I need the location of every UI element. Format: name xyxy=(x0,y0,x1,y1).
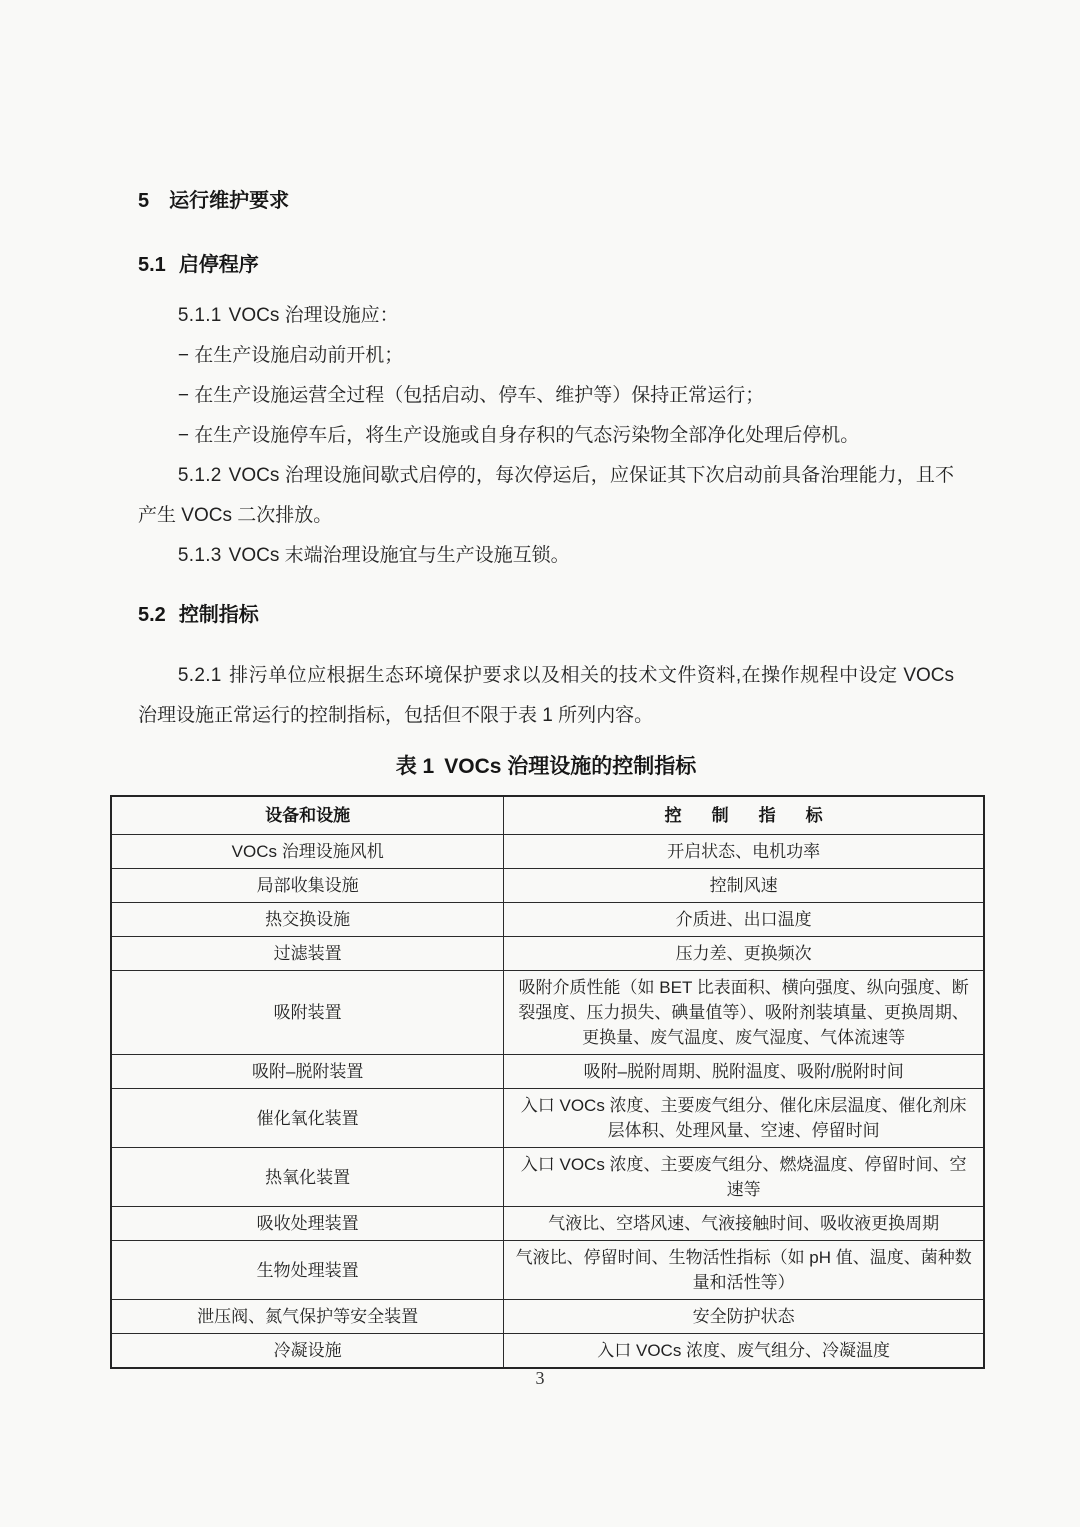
clause-number: 5.1.2 xyxy=(178,465,222,486)
section-number: 5.1 xyxy=(138,254,166,276)
indicator-cell: 入口 VOCs 浓度、主要废气组分、燃烧温度、停留时间、空速等 xyxy=(504,1148,984,1207)
indicator-cell: 开启状态、电机功率 xyxy=(504,835,984,869)
indicator-cell: 介质进、出口温度 xyxy=(504,903,984,937)
table-row: 冷凝设施 入口 VOCs 浓度、废气组分、冷凝温度 xyxy=(111,1334,984,1369)
clause-5-2-1: 5.2.1排污单位应根据生态环境保护要求以及相关的技术文件资料,在操作规程中设定… xyxy=(138,656,954,736)
indicator-cell: 吸附–脱附周期、脱附温度、吸附/脱附时间 xyxy=(504,1055,984,1089)
table-row: 生物处理装置 气液比、停留时间、生物活性指标（如 pH 值、温度、菌种数量和活性… xyxy=(111,1241,984,1300)
list-item: − 在生产设施启动前开机； xyxy=(138,336,954,376)
equipment-cell: 吸附装置 xyxy=(111,971,504,1055)
table-caption-title: VOCs 治理设施的控制指标 xyxy=(444,755,696,778)
equipment-cell: 冷凝设施 xyxy=(111,1334,504,1369)
section-title: 控制指标 xyxy=(179,604,259,626)
table-1-caption: 表 1VOCs 治理设施的控制指标 xyxy=(138,752,954,782)
section-5-2-heading: 5.2控制指标 xyxy=(138,602,954,628)
equipment-cell: 热交换设施 xyxy=(111,903,504,937)
equipment-cell: 热氧化装置 xyxy=(111,1148,504,1207)
table-row: 催化氧化装置 入口 VOCs 浓度、主要废气组分、催化床层温度、催化剂床层体积、… xyxy=(111,1089,984,1148)
indicator-cell: 入口 VOCs 浓度、主要废气组分、催化床层温度、催化剂床层体积、处理风量、空速… xyxy=(504,1089,984,1148)
equipment-cell: 生物处理装置 xyxy=(111,1241,504,1300)
table-header-row: 设备和设施 控制指标 xyxy=(111,796,984,835)
equipment-cell: VOCs 治理设施风机 xyxy=(111,835,504,869)
clause-number: 5.1.3 xyxy=(178,545,222,566)
document-page: 5运行维护要求 5.1启停程序 5.1.1VOCs 治理设施应： − 在生产设施… xyxy=(0,0,1080,1527)
equipment-cell: 局部收集设施 xyxy=(111,869,504,903)
clause-text: VOCs 末端治理设施宜与生产设施互锁。 xyxy=(229,545,570,566)
section-number: 5 xyxy=(138,190,149,212)
table-row: 热交换设施 介质进、出口温度 xyxy=(111,903,984,937)
section-title: 启停程序 xyxy=(179,254,259,276)
indicator-cell: 气液比、空塔风速、气液接触时间、吸收液更换周期 xyxy=(504,1207,984,1241)
clause-5-1-2: 5.1.2VOCs 治理设施间歇式启停的，每次停运后，应保证其下次启动前具备治理… xyxy=(138,456,954,536)
document-content: 5运行维护要求 5.1启停程序 5.1.1VOCs 治理设施应： − 在生产设施… xyxy=(0,0,1080,1369)
indicator-cell: 控制风速 xyxy=(504,869,984,903)
indicator-cell: 气液比、停留时间、生物活性指标（如 pH 值、温度、菌种数量和活性等） xyxy=(504,1241,984,1300)
table-row: 泄压阀、氮气保护等安全装置 安全防护状态 xyxy=(111,1300,984,1334)
column-header-equipment: 设备和设施 xyxy=(111,796,504,835)
indicator-cell: 压力差、更换频次 xyxy=(504,937,984,971)
equipment-cell: 催化氧化装置 xyxy=(111,1089,504,1148)
control-indicators-table: 设备和设施 控制指标 VOCs 治理设施风机 开启状态、电机功率 局部收集设施 … xyxy=(110,795,985,1369)
clause-number: 5.1.1 xyxy=(178,305,222,326)
clause-number: 5.2.1 xyxy=(178,665,222,686)
table-row: 吸附装置 吸附介质性能（如 BET 比表面积、横向强度、纵向强度、断裂强度、压力… xyxy=(111,971,984,1055)
table-row: 吸收处理装置 气液比、空塔风速、气液接触时间、吸收液更换周期 xyxy=(111,1207,984,1241)
table-row: 局部收集设施 控制风速 xyxy=(111,869,984,903)
list-item: − 在生产设施停车后，将生产设施或自身存积的气态污染物全部净化处理后停机。 xyxy=(138,416,954,456)
clause-text: VOCs 治理设施间歇式启停的，每次停运后，应保证其下次启动前具备治理能力，且不… xyxy=(138,465,954,526)
indicator-cell: 吸附介质性能（如 BET 比表面积、横向强度、纵向强度、断裂强度、压力损失、碘量… xyxy=(504,971,984,1055)
section-number: 5.2 xyxy=(138,604,166,626)
indicator-cell: 入口 VOCs 浓度、废气组分、冷凝温度 xyxy=(504,1334,984,1369)
section-5-1-heading: 5.1启停程序 xyxy=(138,252,954,278)
equipment-cell: 泄压阀、氮气保护等安全装置 xyxy=(111,1300,504,1334)
section-title: 运行维护要求 xyxy=(169,190,289,212)
clause-5-1-3: 5.1.3VOCs 末端治理设施宜与生产设施互锁。 xyxy=(138,536,954,576)
table-row: 吸附–脱附装置 吸附–脱附周期、脱附温度、吸附/脱附时间 xyxy=(111,1055,984,1089)
table-row: 热氧化装置 入口 VOCs 浓度、主要废气组分、燃烧温度、停留时间、空速等 xyxy=(111,1148,984,1207)
table-row: 过滤装置 压力差、更换频次 xyxy=(111,937,984,971)
clause-5-1-1: 5.1.1VOCs 治理设施应： xyxy=(138,296,954,336)
equipment-cell: 过滤装置 xyxy=(111,937,504,971)
equipment-cell: 吸附–脱附装置 xyxy=(111,1055,504,1089)
indicator-cell: 安全防护状态 xyxy=(504,1300,984,1334)
clause-text: VOCs 治理设施应： xyxy=(229,305,399,326)
table-caption-number: 表 1 xyxy=(396,755,435,778)
column-header-indicators: 控制指标 xyxy=(504,796,984,835)
section-5-heading: 5运行维护要求 xyxy=(138,188,954,214)
page-number: 3 xyxy=(0,1368,1080,1389)
equipment-cell: 吸收处理装置 xyxy=(111,1207,504,1241)
list-item: − 在生产设施运营全过程（包括启动、停车、维护等）保持正常运行； xyxy=(138,376,954,416)
table-row: VOCs 治理设施风机 开启状态、电机功率 xyxy=(111,835,984,869)
clause-text: 排污单位应根据生态环境保护要求以及相关的技术文件资料,在操作规程中设定 VOCs… xyxy=(138,665,954,726)
